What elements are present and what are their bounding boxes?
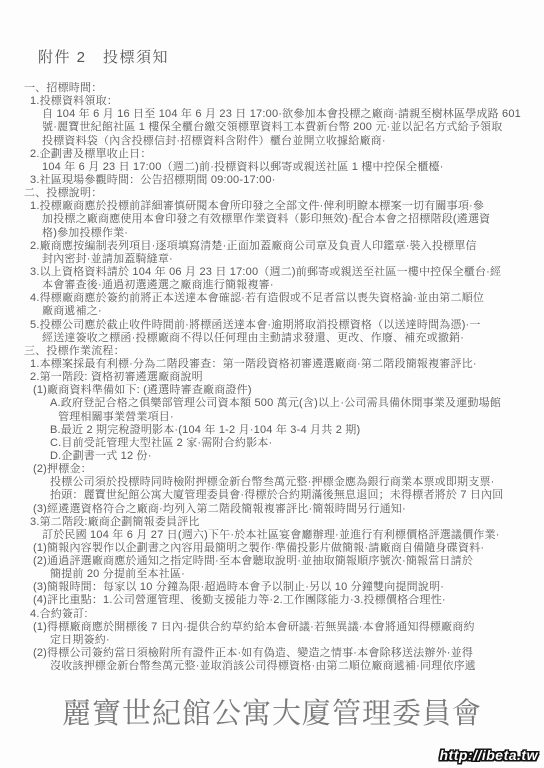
document-line: 沒收該押標金新台幣叁萬元整·並取消該公司得標資格·由第二順位廠商遞補·同理依序遞 (0, 660, 544, 673)
document-line: 1.投標廠商應於投標前詳細審慎研閱本會所印發之全部文件·俾利明瞭本標案一切有關事… (0, 200, 544, 213)
document-line: 3.以上資格資料請於 104 年 06 月 23 日 17:00（週二)前郵寄或… (0, 266, 544, 279)
document-line: 4.合約簽訂: (0, 608, 544, 621)
document-line: C.目前受託管理大型社區 2 家·需附合約影本· (0, 437, 544, 450)
document-line: 加投標之廠商應使用本會印發之有效標單作業資料（影印無效)·配合本會之招標階段(遴… (0, 213, 544, 226)
document-line: 自 104 年 6 月 16 日至 104 年 6 月 23 日 17:00·欲… (0, 108, 544, 121)
document-line: 4.得標廠商應於簽約前將正本送達本會確認·若有造假或不足者當以喪失資格論·並由第… (0, 292, 544, 305)
document-line: 3.第二階段:廠商企劃簡報委員評比 (0, 516, 544, 529)
document-line: 3.社區現場參觀時間：公告招標期間 09:00-17:00· (0, 174, 544, 187)
document-line: (1)廠商資料準備如下: (遴選時審查廠商證件) (0, 384, 544, 397)
document-body: 一、招標時間：1.投標資料領取：自 104 年 6 月 16 日至 104 年 … (0, 82, 544, 673)
document-line: (2)押標金： (0, 463, 544, 476)
document-line: 二、投標說明： (0, 187, 544, 200)
document-line: (2)得標公司簽約當日須檢附所有證件正本·如有偽造、變造之情事·本會除移送法辦外… (0, 647, 544, 660)
document-page: 附件 2 投標須知 一、招標時間：1.投標資料領取：自 104 年 6 月 16… (0, 0, 544, 768)
document-line: 投標公司須於投標時同時檢附押標金新台幣叁萬元整·押標金應為銀行商業本票或即期支票… (0, 476, 544, 489)
document-line: 1.投標資料領取： (0, 95, 544, 108)
document-line: D.企劃書一式 12 份· (0, 450, 544, 463)
document-line: A.政府登記合格之俱樂部管理公司資本額 500 萬元(含)以上·公司需具備休閒事… (0, 397, 544, 410)
watermark-url: http://ibeta.tw (440, 747, 539, 763)
document-line: 2.第一階段: 資格初審遴選廠商說明 (0, 371, 544, 384)
document-line: (3)簡報時間：每家以 10 分鐘為限·超過時本會予以制止·另以 10 分鐘雙向… (0, 581, 544, 594)
document-line: (1)得標廠商應於開標後 7 日內·提供合約草約給本會研議·若無異議·本會將通知… (0, 621, 544, 634)
document-line: (2)通過評選廠商應於通知之指定時間·至本會聽取說明·並抽取簡報順序號次·簡報當… (0, 555, 544, 568)
document-line: 格)參加投標作業· (0, 227, 544, 240)
document-line: 本會審查後·通過初選遴選之廠商進行簡報複審· (0, 279, 544, 292)
document-line: 封內密封·並請加蓋騎縫章· (0, 253, 544, 266)
document-line: 三、投標作業流程： (0, 345, 544, 358)
document-line: 投標資料袋（內含投標信封·招標資料含附件）櫃台並開立收據給廠商· (0, 135, 544, 148)
document-line: (3)經遴選資格符合之廠商·均列入第二階段簡報複審評比·簡報時間另行通知· (0, 503, 544, 516)
footer-organization: 麗寶世紀館公寓大廈管理委員會 (0, 691, 544, 732)
document-line: 5.投標公司應於截止收件時間前·將標函送達本會·逾期將取消投標資格（以送達時間為… (0, 319, 544, 332)
document-line: 號·麗寶世紀館社區 1 樓保全櫃台繳交領標單資料工本費新台幣 200 元·並以記… (0, 121, 544, 134)
document-line: (4)評比重點：1.公司營運管理、後勤支援能力等·2.工作團隊能力·3.投標價格… (0, 594, 544, 607)
document-line: 一、招標時間： (0, 82, 544, 95)
document-line: (1)簡報內容製作以企劃書之內容用最簡明之製作·準備投影片做簡報·請廠商自備隨身… (0, 542, 544, 555)
document-line: 抬頭：麗寶世紀館公寓大廈管理委員會·得標於合約期滿後無息退回；未得標者將於 7 … (0, 489, 544, 502)
document-line: 管理相關事業營業項目· (0, 411, 544, 424)
page-title: 附件 2 投標須知 (38, 46, 169, 67)
document-line: B.最近 2 期完稅證明影本·(104 年 1-2 月·104 年 3-4 月共… (0, 424, 544, 437)
document-line: 2.廠商應按編制表列項目·逐項填寫清楚·正面加蓋廠商公司章及負責人印鑑章·裝入投… (0, 240, 544, 253)
document-line: 訂於民國 104 年 6 月 27 日(週六)下午·於本社區宴會廳辦理·並進行有… (0, 529, 544, 542)
document-line: 104 年 6 月 23 日 17:00（週二)前·投標資料以郵寄或親送社區 1… (0, 161, 544, 174)
document-line: 2.企劃書及標單收止日： (0, 148, 544, 161)
document-line: 簡提前 20 分提前至本社區· (0, 568, 544, 581)
document-line: 定日期簽約· (0, 634, 544, 647)
document-line: 廠商遞補之· (0, 305, 544, 318)
document-line: 經送達簽收之標函·投標廠商不得以任何理由主動請求發還、更改、作廢、補充或撤銷· (0, 332, 544, 345)
document-line: 1.本標案採最有利標·分為二階段審查：第一階段資格初審遴選廠商·第二階段簡報複審… (0, 358, 544, 371)
